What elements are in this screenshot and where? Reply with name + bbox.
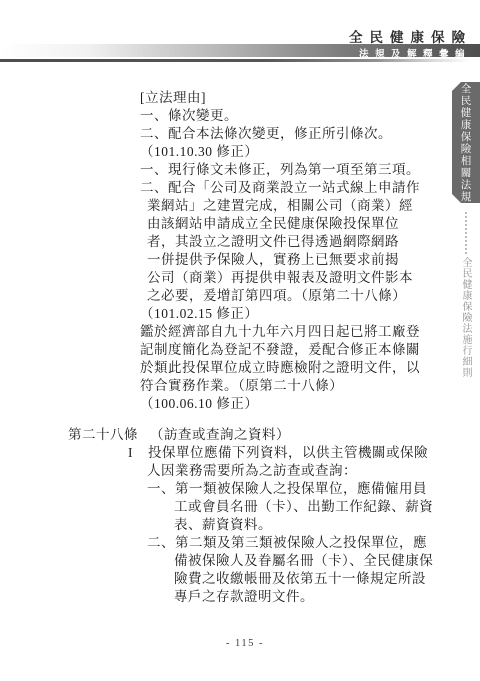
text-line: 備被保險人及眷屬名冊（卡）、全民健康保 <box>174 552 440 570</box>
text-line: 之必要，爰增訂第四項。（原第二十八條） <box>147 287 440 305</box>
text-line: 二、第二類及第三類被保險人之投保單位，應 <box>147 534 440 552</box>
text-line: 一、現行條文未修正，列為第一項至第三項。 <box>140 161 440 179</box>
dotted-divider <box>465 212 467 254</box>
text-line: 險費之收繳帳冊及依第五十一條規定所設 <box>174 570 440 588</box>
text-line: 於類此投保單位成立時應檢附之證明文件，以 <box>140 359 440 377</box>
sidebar-tab-label: 全民健康保險相關法規 <box>459 83 474 203</box>
text-line: 由該網站申請成立全民健康保險投保單位 <box>147 215 440 233</box>
text-line: 表、薪資資料。 <box>174 516 440 534</box>
text-line: 記制度簡化為登記不發證，爰配合修正本條關 <box>140 341 440 359</box>
document-body: [立法理由]一、條次變更。二、配合本法條次變更，修正所引條次。（101.10.3… <box>68 89 440 606</box>
text-line: 者，其設立之證明文件已得透過網際網路 <box>147 233 440 251</box>
article-number: 第二十八條 <box>68 426 150 444</box>
text-line: 一、條次變更。 <box>140 107 440 125</box>
text-line: 公司（商業）再提供申報表及證明文件影本 <box>147 269 440 287</box>
text-line: 業網站」之建置完成，相關公司（商業）經 <box>147 197 440 215</box>
text-line: [立法理由] <box>140 89 440 107</box>
text-line: （101.10.30 修正） <box>140 143 440 161</box>
header-subtitle-bar: 法規及解釋彙編 <box>0 44 480 57</box>
text-line: 符合實務作業。（原第二十八條） <box>140 377 440 395</box>
article-title: （訪查或查詢之資料） <box>150 426 290 444</box>
text-line: 專戶之存款證明文件。 <box>174 588 440 606</box>
text-line: （101.02.15 修正） <box>140 305 440 323</box>
article-heading-line: 第二十八條（訪查或查詢之資料） <box>68 426 440 444</box>
text-line: 一、第一類被保險人之投保單位，應備僱用員 <box>147 480 440 498</box>
page-header-title: 全民健康保險 <box>349 26 472 46</box>
text-line: （100.06.10 修正） <box>140 395 440 413</box>
text-line: 工或會員名冊（卡）、出勤工作紀錄、薪資 <box>174 498 440 516</box>
text-line: 人因業務需要所為之訪查或查詢： <box>147 462 440 480</box>
page-number: - 115 - <box>0 638 480 649</box>
sidebar-section-label: 全民健康保險法施行細則 <box>458 257 473 378</box>
sidebar-tab: 全民健康保險相關法規 <box>452 82 480 203</box>
paragraph-text: 投保單位應備下列資料，以供主管機關或保險 <box>148 444 428 462</box>
text-line: 二、配合本法條次變更，修正所引條次。 <box>140 125 440 143</box>
header-rule <box>0 59 480 62</box>
text-line: 二、配合「公司及商業設立一站式線上申請作 <box>140 179 440 197</box>
text-line: I投保單位應備下列資料，以供主管機關或保險 <box>128 444 440 462</box>
text-line: 鑑於經濟部自九十九年六月四日起已將工廠登 <box>140 323 440 341</box>
paragraph-marker: I <box>128 444 148 462</box>
text-line: 一併提供予保險人，實務上已無要求前揭 <box>147 251 440 269</box>
